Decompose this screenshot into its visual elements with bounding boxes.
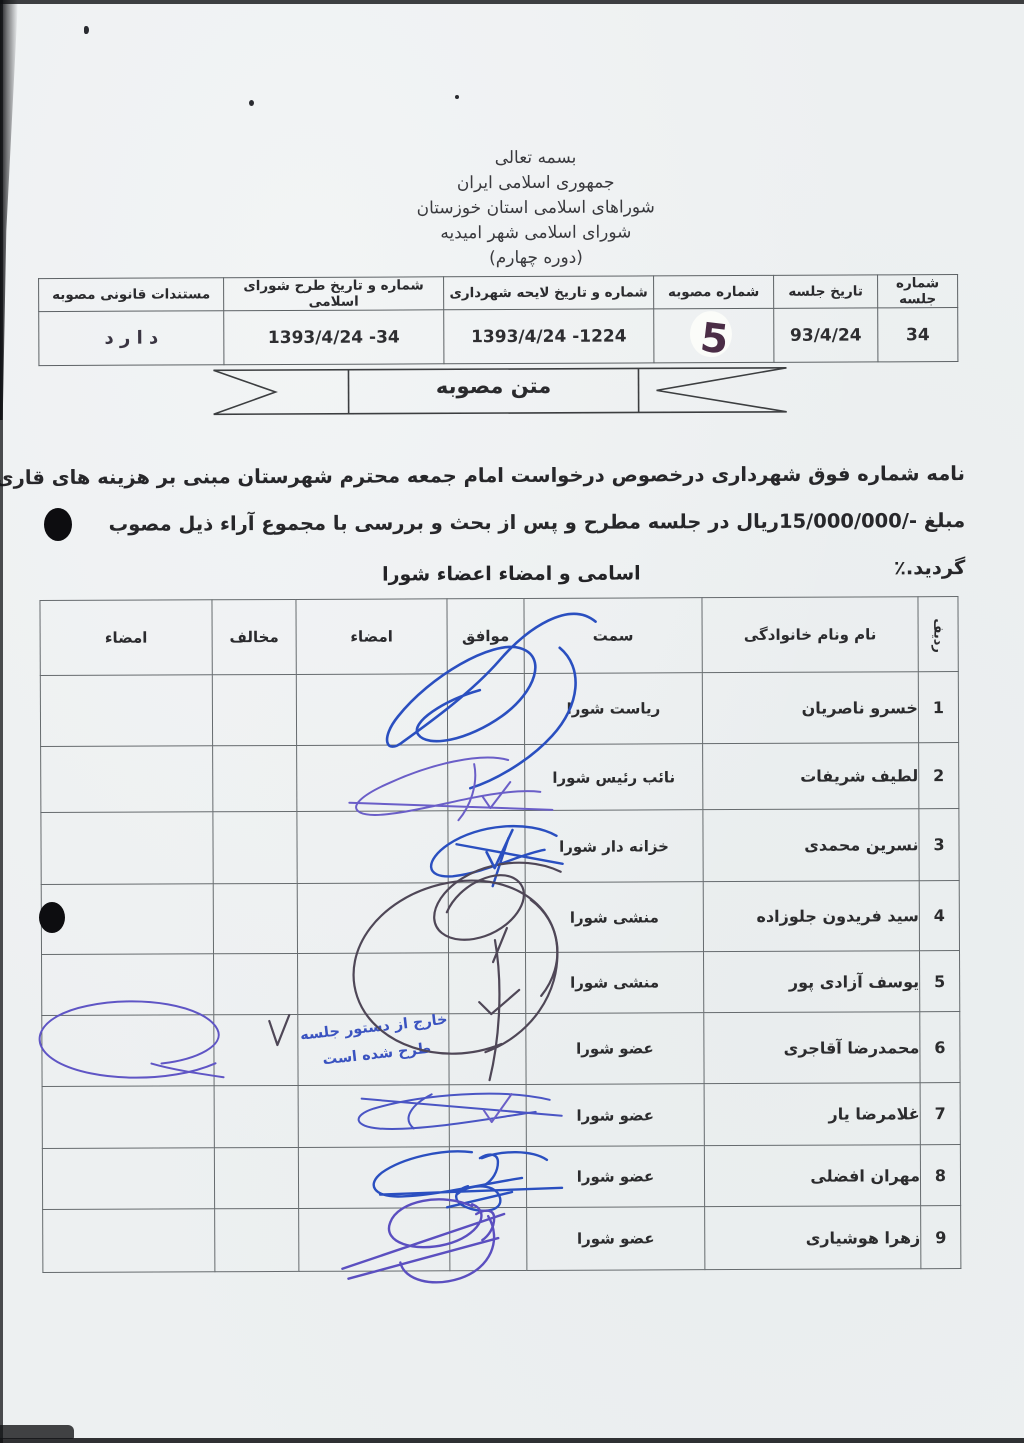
header-agree: موافق [447, 598, 524, 673]
ribbon-left-chevron [213, 370, 275, 414]
member-number: 3 [919, 809, 959, 881]
agree-cell [448, 744, 525, 810]
oppose-cell [214, 1014, 298, 1085]
member-name: سید فریدون جلوزاده [703, 881, 919, 952]
signature-cell [298, 1085, 449, 1148]
signature2-cell [41, 884, 213, 955]
member-row-9: 9 زهرا هوشیاری عضو شورا [43, 1206, 961, 1273]
meta-header-session-no: شماره جلسه [878, 275, 958, 308]
meta-value-plan-no-date: 1393/4/24 -34 [224, 310, 444, 365]
member-number: 8 [920, 1145, 960, 1206]
letterhead-province-councils: شوراهای اسلامی استان خوزستان [286, 195, 786, 222]
meta-value-row: 34 93/4/24 5 1393/4/24 -1224 1393/4/24 -… [39, 308, 958, 366]
member-role: منشی شورا [525, 882, 703, 953]
member-role: عضو شورا [527, 1207, 705, 1271]
member-row-5: 5 یوسف آزادی پور منشی شورا [42, 951, 960, 1016]
oppose-cell [215, 1208, 299, 1271]
member-name: محمدرضا آقاجری [704, 1012, 920, 1084]
member-role: نائب رئیس شورا [525, 744, 703, 811]
agree-cell [449, 1146, 526, 1207]
member-number: 1 [918, 672, 958, 743]
signature2-cell [41, 812, 213, 885]
letterhead-term: (دوره چهارم) [286, 245, 786, 272]
header-full-name: نام ونام خانوادگی [702, 597, 918, 673]
oppose-cell [213, 811, 297, 883]
letterhead-country: جمهوری اسلامی ایران [286, 170, 786, 197]
member-name: زهرا هوشیاری [705, 1206, 921, 1270]
meta-header-plan-no-date: شماره و تاریخ طرح شورای اسلامی [224, 277, 444, 311]
member-role: خزانه دار شورا [525, 810, 703, 883]
handwritten-darad: د ا ر د [104, 328, 158, 349]
members-signature-table: ردیف نام ونام خانوادگی سمت موافق امضاء م… [39, 596, 961, 1273]
member-role: عضو شورا [526, 1013, 704, 1085]
meta-header-approval-no: شماره مصوبه [654, 275, 774, 309]
agree-cell [447, 673, 524, 744]
signature-cell [297, 883, 448, 954]
agree-cell [448, 810, 525, 882]
member-number: 2 [919, 743, 959, 809]
signature-cell [297, 811, 448, 884]
signature2-cell [42, 1086, 214, 1149]
oppose-cell [214, 1085, 298, 1147]
signature-cell [296, 674, 447, 746]
oppose-cell [214, 953, 298, 1014]
resolution-line-1: نامه شماره فوق شهرداری درخصوص درخواست ام… [57, 450, 965, 501]
ink-speck [249, 100, 254, 106]
meta-value-legal-docs: د ا ر د [39, 311, 224, 366]
member-name: یوسف آزادی پور [704, 951, 920, 1013]
header-signature-2: امضاء [40, 600, 212, 676]
member-name: مهران افضلی [704, 1145, 920, 1207]
meta-value-session-no: 34 [878, 308, 958, 362]
header-role: سمت [524, 598, 702, 674]
member-row-2: 2 لطیف شریفات نائب رئیس شورا [41, 743, 959, 813]
signature-cell [298, 1147, 449, 1209]
signature2-cell [42, 954, 214, 1016]
resolution-meta-table: شماره جلسه تاریخ جلسه شماره مصوبه شماره … [38, 274, 958, 366]
header-row-number: ردیف [918, 597, 958, 672]
meta-header-bill-no-date: شماره و تاریخ لایحه شهرداری [444, 276, 654, 310]
meta-header-legal-docs: مستندات قانونی مصوبه [39, 278, 224, 312]
meta-value-approval-no: 5 [654, 308, 774, 363]
ink-speck [455, 95, 459, 99]
signature-cell [297, 745, 448, 812]
meta-header-session-date: تاریخ جلسه [774, 275, 878, 308]
hole-punch-bottom [39, 902, 65, 933]
member-row-1: 1 خسرو ناصریان ریاست شورا [40, 672, 958, 747]
meta-value-session-date: 93/4/24 [774, 308, 878, 362]
oppose-cell [214, 1147, 298, 1208]
handwritten-approval-number: 5 [697, 312, 731, 367]
signature2-cell [43, 1209, 215, 1273]
agree-cell [449, 952, 526, 1013]
member-name: نسرین محمدی [703, 809, 919, 882]
letterhead: بسمه تعالی جمهوری اسلامی ایران شوراهای ا… [285, 145, 786, 272]
member-row-4: 4 سید فریدون جلوزاده منشی شورا [41, 881, 959, 955]
letterhead-bismillah: بسمه تعالی [285, 145, 785, 172]
signature2-cell [40, 675, 212, 747]
member-row-7: 7 غلامرضا یار عضو شورا [42, 1083, 960, 1149]
meta-value-bill-no-date: 1393/4/24 -1224 [444, 309, 654, 364]
header-signature: امضاء [296, 599, 447, 675]
signature2-cell [41, 746, 213, 813]
header-oppose: مخالف [212, 599, 296, 674]
resolution-amount: 15/000/000 [779, 509, 902, 533]
oppose-cell [213, 883, 297, 953]
member-role: عضو شورا [526, 1084, 704, 1147]
ink-speck [84, 26, 89, 34]
member-number: 9 [921, 1206, 961, 1269]
signature2-cell [42, 1148, 214, 1210]
member-number: 6 [920, 1012, 960, 1083]
signature-cell [298, 953, 449, 1015]
member-row-8: 8 مهران افضلی عضو شورا [42, 1145, 960, 1210]
agree-cell [450, 1207, 527, 1270]
member-role: ریاست شورا [524, 673, 702, 745]
ribbon-right-chevron [656, 368, 786, 413]
member-number: 5 [920, 951, 960, 1012]
hole-punch-top [44, 508, 72, 541]
member-name: لطیف شریفات [703, 743, 919, 810]
oppose-cell [212, 674, 296, 745]
letterhead-city-council: شورای اسلامی شهر امیدیه [286, 220, 786, 247]
member-role: منشی شورا [526, 952, 704, 1014]
member-role: عضو شورا [526, 1146, 704, 1208]
members-section-title: اسامی و امضاء اعضاء شورا [261, 562, 761, 586]
meta-header-row: شماره جلسه تاریخ جلسه شماره مصوبه شماره … [39, 275, 958, 312]
agree-cell [449, 1084, 526, 1146]
member-number: 4 [919, 881, 959, 951]
members-header-row: ردیف نام ونام خانوادگی سمت موافق امضاء م… [40, 597, 958, 676]
banner-title: متن مصوبه [348, 373, 638, 398]
oppose-cell [213, 745, 297, 811]
agree-cell [449, 1013, 526, 1084]
member-row-3: 3 نسرین محمدی خزانه دار شورا [41, 809, 959, 885]
scanned-document-page: بسمه تعالی جمهوری اسلامی ایران شوراهای ا… [0, 0, 1024, 1443]
signature-cell [299, 1208, 450, 1272]
member-name: خسرو ناصریان [702, 672, 918, 744]
member-number: 7 [920, 1083, 960, 1145]
member-row-6: 6 محمدرضا آقاجری عضو شورا [42, 1012, 960, 1087]
agree-cell [448, 882, 525, 952]
signature2-cell [42, 1015, 214, 1087]
member-name: غلامرضا یار [704, 1083, 920, 1146]
